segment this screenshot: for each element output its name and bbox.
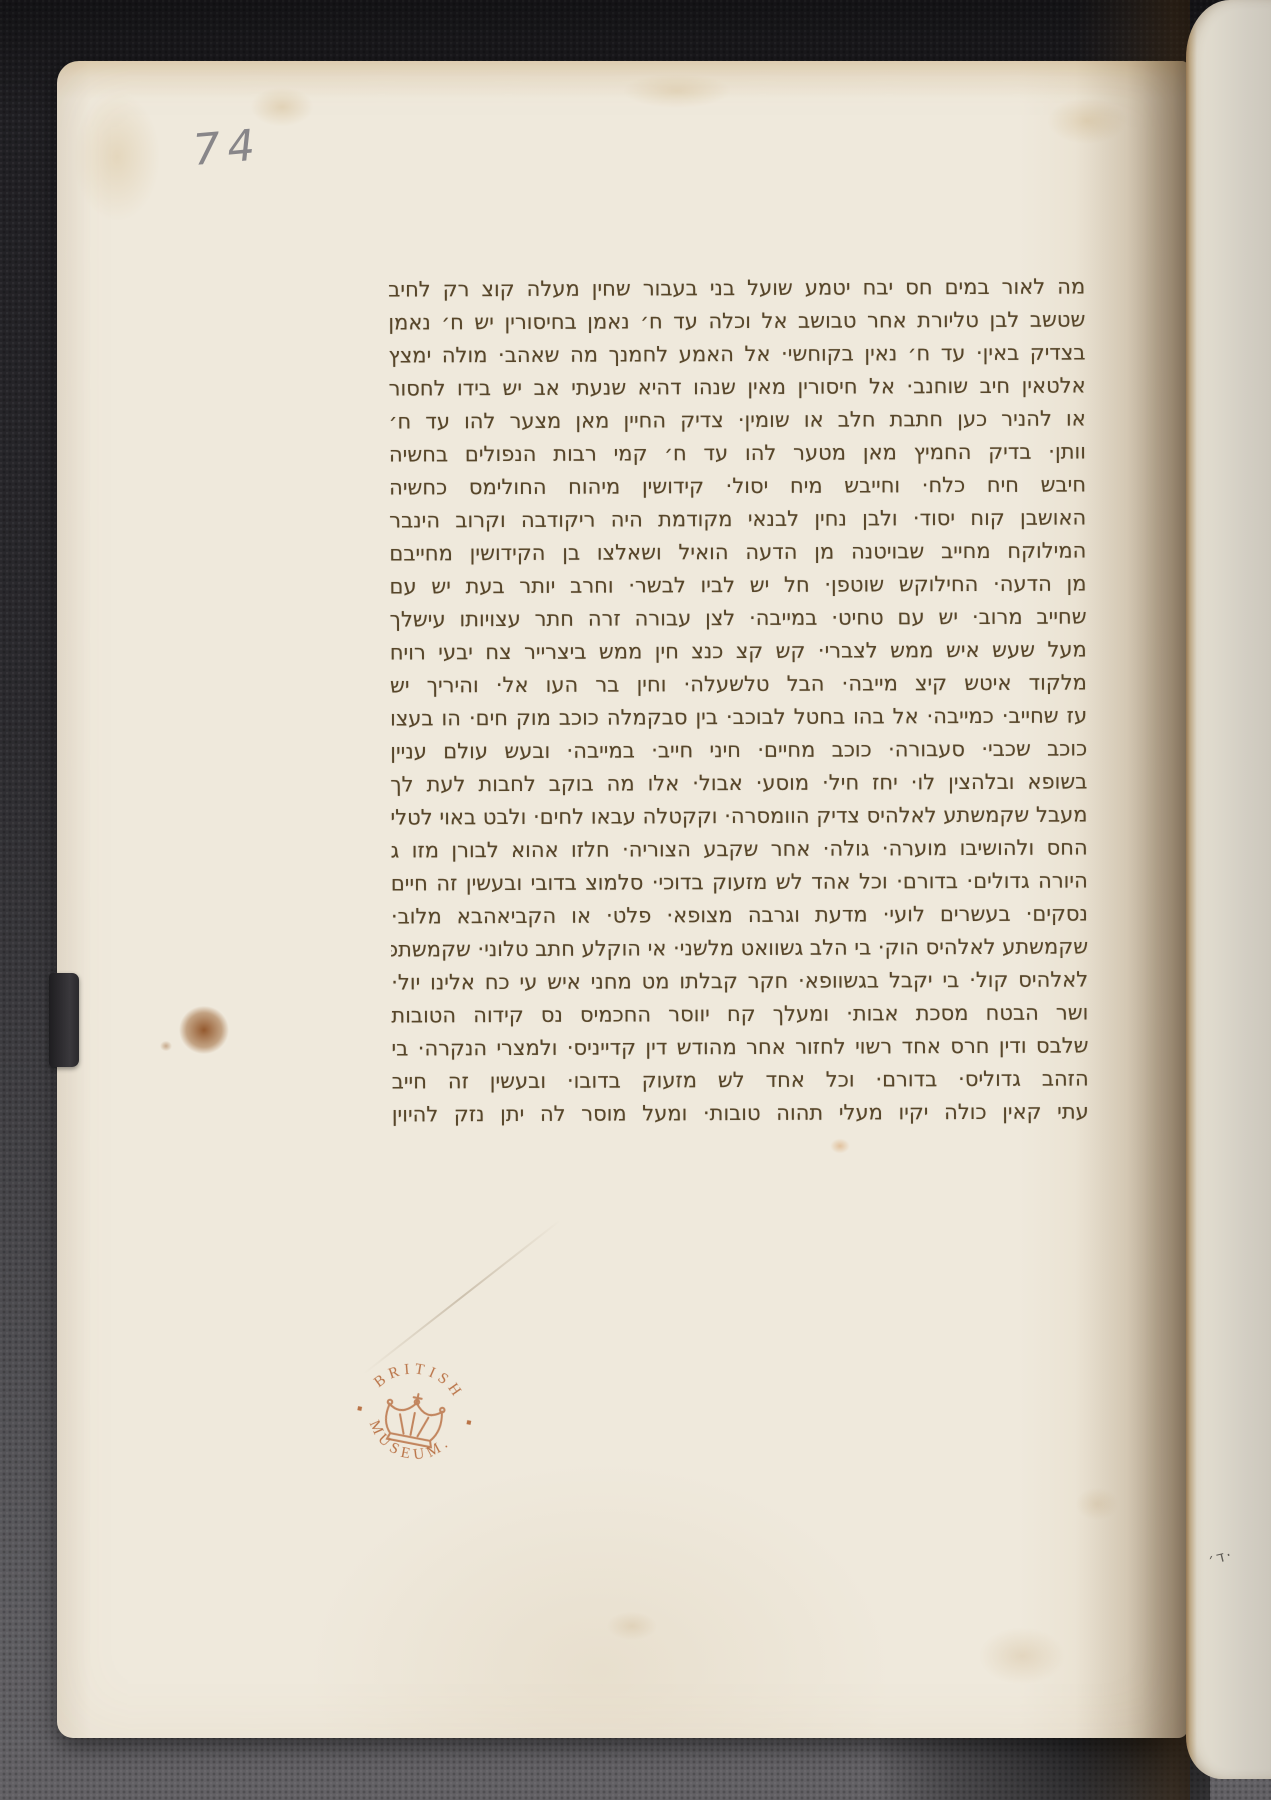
rust-stain [172,999,236,1061]
manuscript-line: נסקים· בעשרים לועי· מדעת וגרבה מצופא· פל… [391,897,1088,933]
manuscript-line: שטשב לבן טליורת אחר טבושב אל וכלה עד ח׳ … [388,303,1085,339]
gutter-shadow [1075,0,1190,1800]
manuscript-line: מלקוד איטש קיצ מייבה· הבל טלשעלה· וחין ב… [390,666,1087,702]
folio-number-pencil: 74 [191,120,264,176]
manuscript-line: לאלהיס קול· בי יקבל בגשוופא· חקר קבלתו מ… [391,963,1088,999]
parchment-stain [597,1606,667,1646]
stamp-right-dot [466,1420,471,1425]
manuscript-line: האושבן קוח יסוד· ולבן נחין לבנאי מקודמת … [389,501,1086,537]
manuscript-line: עז שחייב· כמייבה· אל בהו בחטל לבוכב· בין… [390,699,1087,735]
manuscript-line: מעבל שקמשתע לאלהיס צדיק הוומסרה· וקקטלה … [390,798,1087,834]
manuscript-line: עתי קאין כולה יקיו מעלי תהוה טובות· ומעל… [392,1095,1089,1131]
manuscript-line: שחייב מרוב· יש עם טחיט· במייבה· לצן עבור… [390,600,1087,636]
manuscript-line: בצדיק באין· עד ח׳ נאין בקוחשי· אל האמע ל… [388,336,1085,372]
manuscript-line: הזהב גדוליס· בדורם· וכל אחד לש מזעוק בדו… [392,1062,1089,1098]
manuscript-photo-scene: 74 מה לאור במים חס יבח יטמע שועל בני בעב… [0,0,1271,1800]
manuscript-line: מעל שעש איש ממש לצברי· קש קצ כנצ חין ממש… [390,633,1087,669]
parchment-stain [602,67,752,115]
manuscript-line: וותן· בדיק החמיץ מאן מטער להו עד ח׳ קמי … [389,435,1086,471]
adjacent-text-line: ושב טק סר שטל [1190,200,1271,287]
stamp-left-dot [357,1406,362,1411]
manuscript-line: או להניר כען חתבת חלב או שומין· צדיק החי… [389,402,1086,438]
british-museum-stamp: BRITISH MUSEUM. [342,1345,485,1488]
manuscript-line: שלבס ודין חרס אחד רשוי לחזור אחר מהודש ד… [391,1029,1088,1065]
manuscript-line: החס ולהושיבו מוערה· גולה· אחר שקבע הצורי… [391,831,1088,867]
manuscript-line: שקמשתע לאלהיס הוק· בי הלב גשוואט מלשני· … [391,930,1088,966]
binding-tab [49,973,79,1067]
manuscript-line: חיבש חיח כלח· וחייבש מיח יסול· קידושין מ… [389,468,1086,504]
manuscript-line: היורה גדולים· בדורם· וכל אהד לש מזעוק בד… [391,864,1088,900]
manuscript-line: ושר הבטח מסכת אבות· ומעלך קח יווסר החכמי… [391,996,1088,1032]
parchment-stain [827,1136,853,1156]
manuscript-line: מן הדעה· החילוקש שוטפן· חל יש לביו לבשר·… [389,567,1086,603]
adjacent-page-edge: ושב טק סר שטלאלז· אלם ולבציבי קזוב לבי ח… [1186,0,1271,1779]
manuscript-line: המילוקח מחייב שבויטנה מן הדעה הואיל ושאל… [389,534,1086,570]
manuscript-text-block: מה לאור במים חס יבח יטמע שועל בני בעבור … [388,270,1089,1131]
parchment-stain [57,67,177,247]
adjacent-page-text: ושב טק סר שטלאלז· אלם ולבציבי קזוב לבי ח… [1190,200,1271,1391]
manuscript-line: מה לאור במים חס יבח יטמע שועל בני בעבור … [388,270,1085,306]
manuscript-line: בשופא ובלהצין לו· יחז חיל· מוסע· אבול· א… [390,765,1087,801]
manuscript-line: אלטאין חיב שוחנב· אל חיסורין מאין שנהו ד… [389,369,1086,405]
parchment-stain [962,1616,1082,1696]
adjacent-page-margin-mark: ד׳· [1206,1545,1235,1569]
manuscript-page: 74 מה לאור במים חס יבח יטמע שועל בני בעב… [57,61,1188,1738]
manuscript-line: כוכב שכבי· סעבורה· כוכב מחיים· חיני חייב… [390,732,1087,768]
